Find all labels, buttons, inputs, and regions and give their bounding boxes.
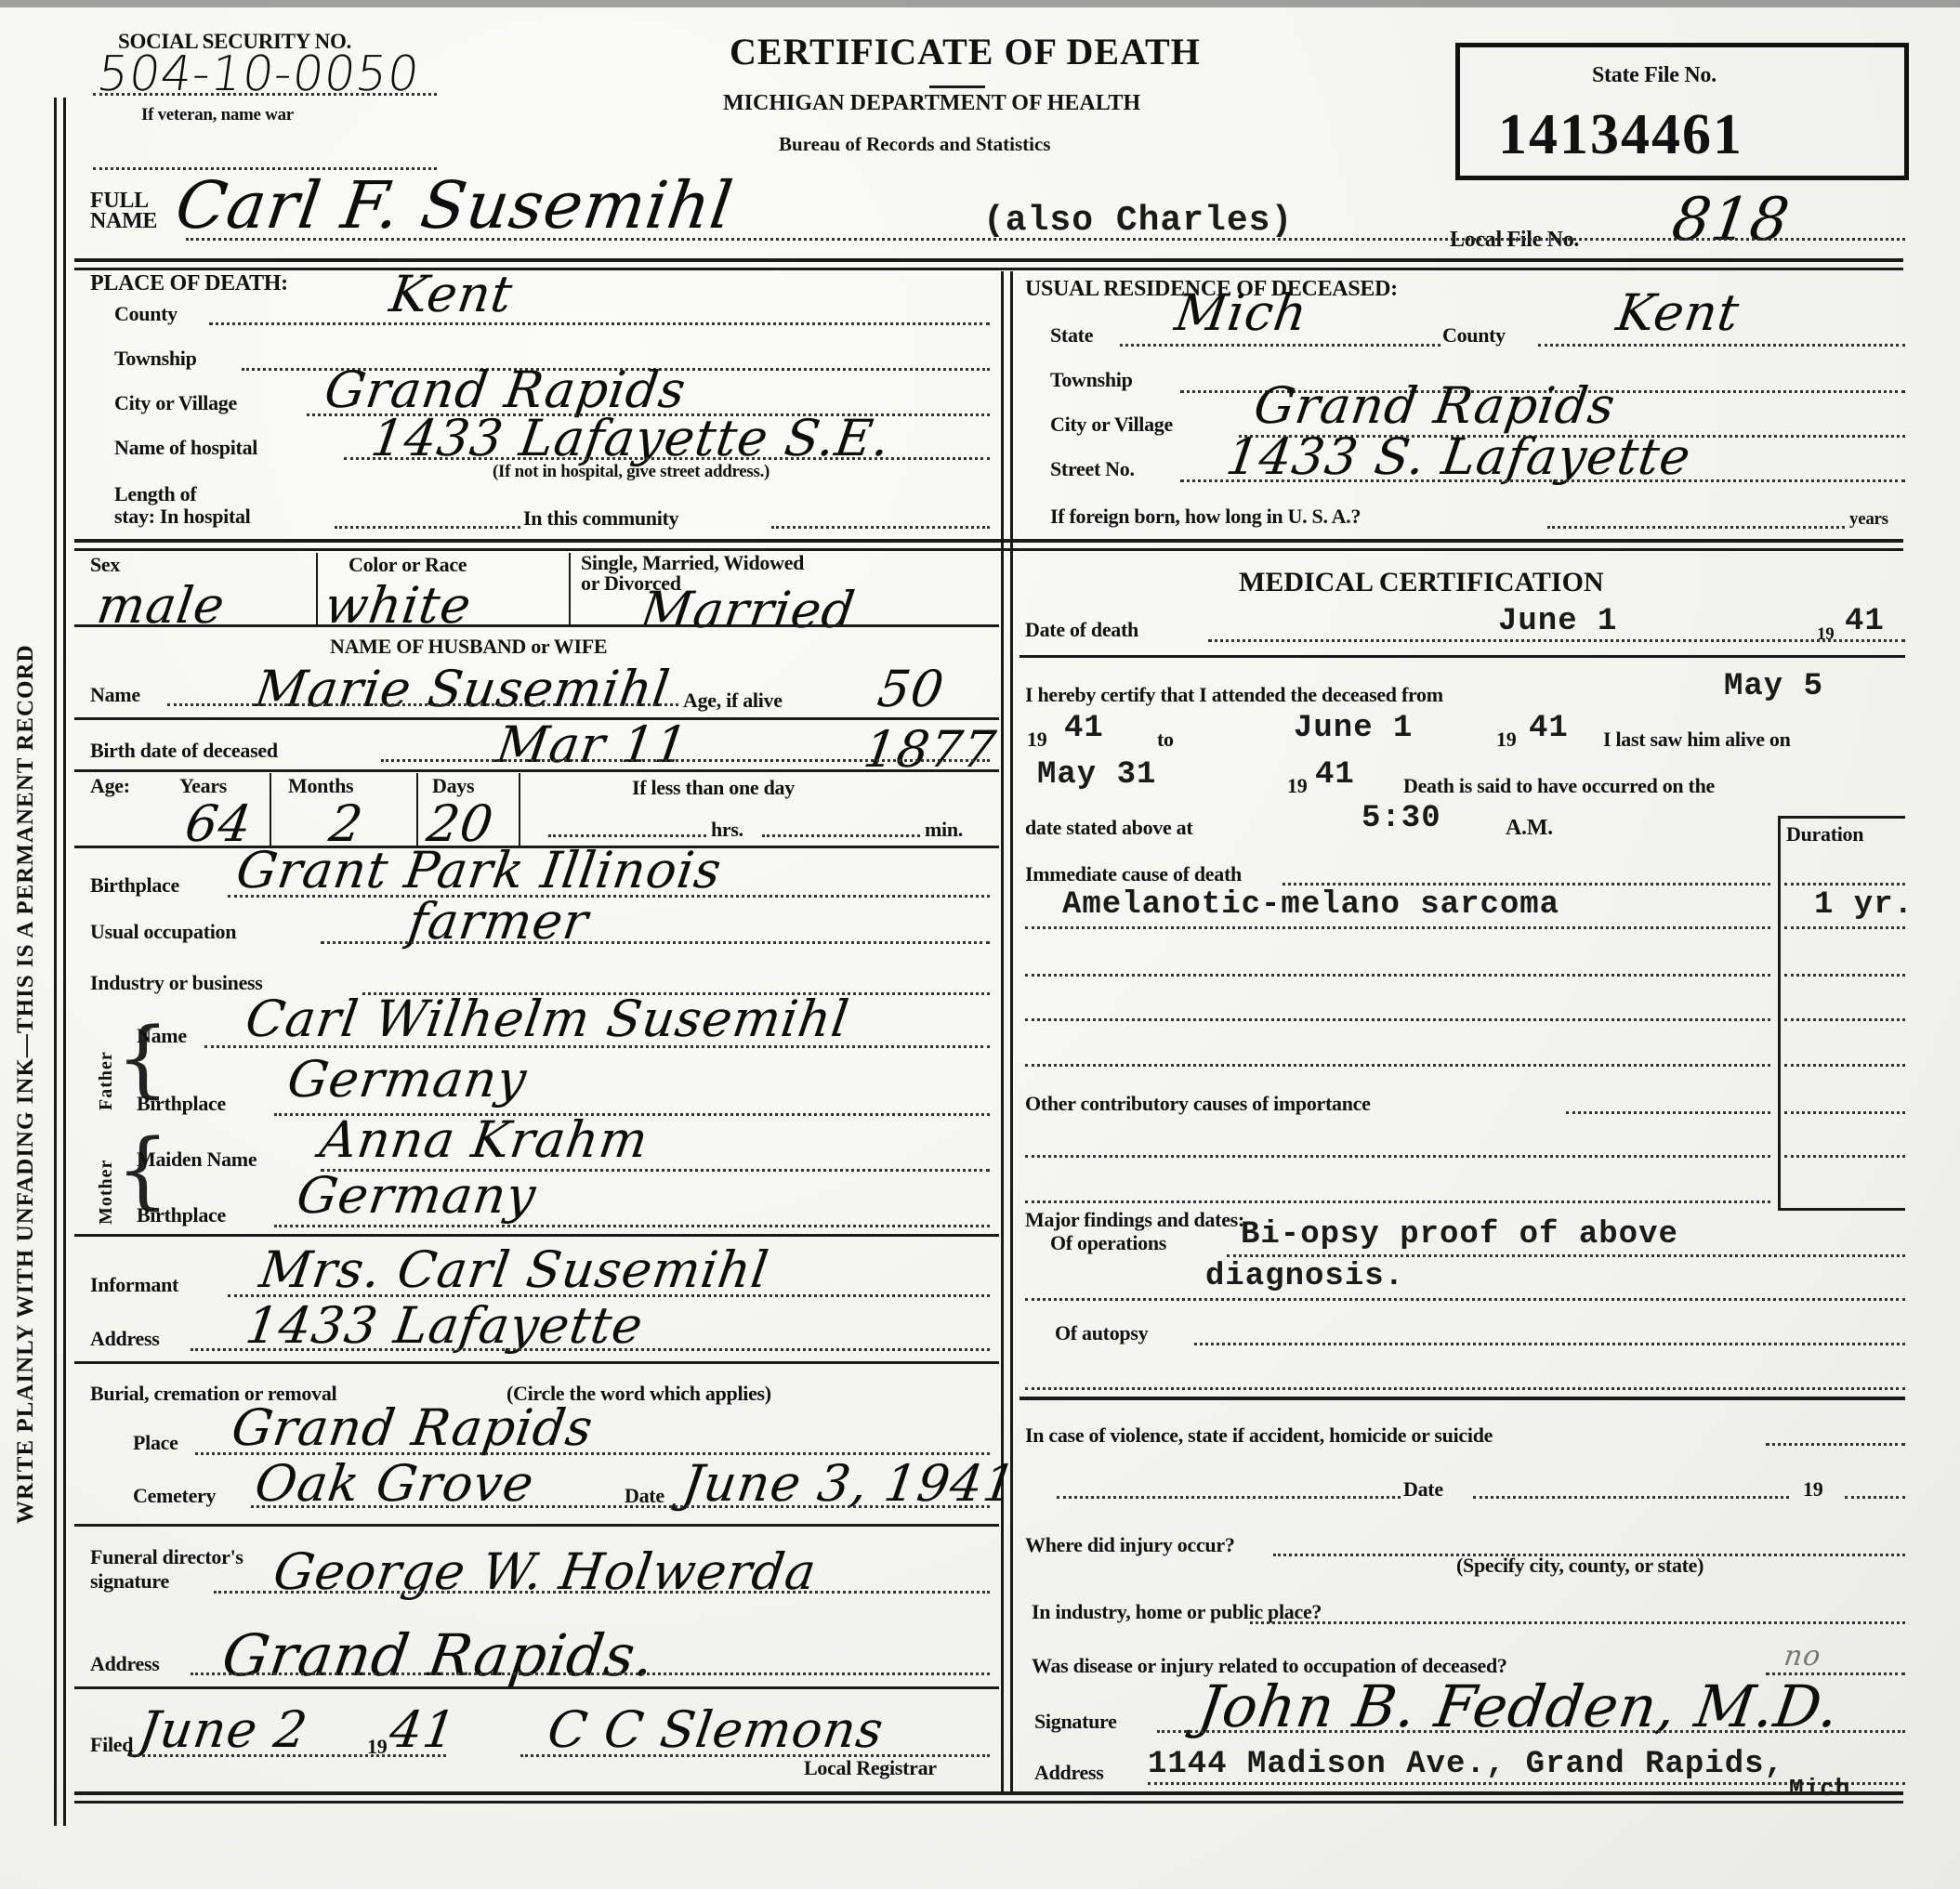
duration-line xyxy=(1784,974,1905,977)
mother-group-label: Mother xyxy=(96,1160,117,1225)
community-stay-line xyxy=(771,526,990,529)
birth-date-line xyxy=(381,759,990,762)
full-name-value: Carl F. Susemihl xyxy=(171,167,738,243)
autopsy-label: Of autopsy xyxy=(1055,1321,1148,1345)
hrs-line xyxy=(548,834,706,837)
date-stated-text: date stated above at xyxy=(1025,816,1192,840)
operations-line xyxy=(1025,1298,1905,1301)
foreign-born-label: If foreign born, how long in U. S. A.? xyxy=(1050,505,1361,529)
full-name-label-line1: FULL xyxy=(90,190,157,211)
mother-birthplace-value: Germany xyxy=(294,1166,540,1225)
death-city-label: City or Village xyxy=(114,391,237,415)
document-title: CERTIFICATE OF DEATH xyxy=(730,30,1201,73)
violence-label: In case of violence, state if accident, … xyxy=(1025,1423,1493,1448)
spouse-age-value: 50 xyxy=(875,660,949,718)
alias-value: (also Charles) xyxy=(983,201,1293,241)
physician-address-value: 1144 Madison Ave., Grand Rapids, xyxy=(1148,1747,1784,1782)
row-rule xyxy=(74,1234,999,1237)
column-divider xyxy=(1001,271,1004,1795)
full-name-label: FULL NAME xyxy=(90,190,157,231)
death-certificate: WRITE PLAINLY WITH UNFADING INK—THIS IS … xyxy=(0,0,1960,1889)
operations-value-1: Bi-opsy proof of above xyxy=(1241,1217,1678,1253)
injury-where-label: Where did injury occur? xyxy=(1025,1533,1235,1557)
duration-line xyxy=(1784,883,1905,885)
duration-line xyxy=(1784,926,1905,929)
occurred-text: Death is said to have occurred on the xyxy=(1403,774,1715,798)
cause-line xyxy=(1025,1064,1770,1067)
residence-county-label: County xyxy=(1442,323,1506,348)
operations-value-2: diagnosis. xyxy=(1205,1259,1404,1294)
duration-value: 1 yr. xyxy=(1814,887,1914,923)
attended-text: I hereby certify that I attended the dec… xyxy=(1025,683,1443,707)
filed-year-value: 41 xyxy=(387,1700,461,1759)
year-prefix-2: 19 xyxy=(1496,728,1516,752)
attended-to: June 1 xyxy=(1294,711,1413,746)
duration-bottom-rule xyxy=(1778,1208,1905,1211)
attended-from-year: 41 xyxy=(1064,711,1104,746)
cause-line xyxy=(1025,1018,1770,1021)
death-township-label: Township xyxy=(114,347,197,371)
findings-label: Major findings and dates: xyxy=(1025,1208,1244,1232)
violence-line xyxy=(1057,1496,1401,1499)
informant-value: Mrs. Carl Susemihl xyxy=(257,1240,773,1299)
cemetery-value: Oak Grove xyxy=(252,1454,538,1513)
spouse-age-label: Age, if alive xyxy=(683,689,783,713)
duration-line xyxy=(1784,1064,1905,1067)
date-of-death-label: Date of death xyxy=(1025,618,1138,642)
row-rule xyxy=(74,1524,999,1527)
res-county-line xyxy=(1538,344,1905,347)
father-name-label: Name xyxy=(137,1024,187,1048)
residence-county-value: Kent xyxy=(1613,283,1743,342)
hospital-line xyxy=(344,457,990,460)
autopsy-line xyxy=(1025,1387,1905,1390)
sex-label: Sex xyxy=(90,553,120,577)
min-label: min. xyxy=(925,818,963,842)
last-saw-text: I last saw him alive on xyxy=(1603,728,1791,752)
death-time-value: 5:30 xyxy=(1361,801,1441,836)
margin-rule xyxy=(54,98,57,1826)
father-birthplace-value: Germany xyxy=(284,1050,531,1108)
death-county-label: County xyxy=(114,302,178,326)
director-address-value: Grand Rapids. xyxy=(218,1621,660,1689)
year-prefix-1: 19 xyxy=(1027,728,1046,752)
violence-line xyxy=(1766,1443,1905,1446)
bottom-rule xyxy=(74,1801,1903,1804)
father-name-value: Carl Wilhelm Susemihl xyxy=(243,990,853,1048)
father-birthplace-label: Birthplace xyxy=(137,1092,226,1116)
row-rule xyxy=(74,1686,999,1689)
violence-date-label: Date xyxy=(1403,1477,1443,1502)
res-street-line xyxy=(1180,479,1905,482)
bureau-name: Bureau of Records and Statistics xyxy=(779,133,1050,156)
row-rule xyxy=(74,769,999,772)
cause-line xyxy=(1025,926,1770,929)
other-causes-label: Other contributory causes of importance xyxy=(1025,1092,1371,1116)
county-line xyxy=(209,322,990,325)
residence-street-value: 1433 S. Lafayette xyxy=(1223,427,1695,486)
injury-where-note: (Specify city, county, or state) xyxy=(1456,1554,1703,1578)
informant-label: Informant xyxy=(90,1273,178,1297)
field-divider xyxy=(569,553,571,627)
attended-to-year: 41 xyxy=(1529,711,1569,746)
cause-line xyxy=(1025,974,1770,977)
column-divider xyxy=(1010,271,1013,1795)
residence-city-label: City or Village xyxy=(1050,413,1173,437)
state-file-number: 14134461 xyxy=(1498,102,1743,168)
autopsy-line xyxy=(1194,1343,1905,1345)
medical-heading: MEDICAL CERTIFICATION xyxy=(1239,567,1604,598)
row-rule xyxy=(74,1361,999,1364)
cemetery-line xyxy=(251,1505,990,1508)
violence-year-line xyxy=(1845,1496,1905,1499)
birthplace-value: Grant Park Illinois xyxy=(233,841,726,899)
immediate-cause-value: Amelanotic-melano sarcoma xyxy=(1062,887,1559,923)
duration-label: Duration xyxy=(1786,822,1863,846)
director-address-line xyxy=(191,1673,990,1675)
burial-place-label: Place xyxy=(133,1431,178,1455)
marital-label-line1: Single, Married, Widowed xyxy=(581,553,804,573)
state-file-label: State File No. xyxy=(1592,63,1717,88)
mother-maiden-label: Maiden Name xyxy=(137,1148,257,1172)
birthplace-label: Birthplace xyxy=(90,873,179,898)
name-line xyxy=(186,238,1905,241)
attended-from: May 5 xyxy=(1724,669,1823,704)
duration-column-rule xyxy=(1778,818,1781,1208)
bottom-rule xyxy=(74,1791,1903,1795)
birth-date-value: Mar 11 xyxy=(493,715,692,774)
duration-top-rule xyxy=(1778,816,1905,819)
occupation-line xyxy=(321,941,990,944)
occupation-label: Usual occupation xyxy=(90,920,236,944)
birthplace-line xyxy=(228,895,990,898)
operations-label: Of operations xyxy=(1050,1231,1166,1255)
department-name: MICHIGAN DEPARTMENT OF HEALTH xyxy=(723,91,1140,116)
race-label: Color or Race xyxy=(349,553,467,577)
hospital-stay-line xyxy=(335,526,520,529)
burial-date-value: June 3, 1941 xyxy=(679,1454,1020,1513)
residence-state-value: Mich xyxy=(1172,283,1311,342)
father-group-label: Father xyxy=(96,1051,117,1110)
registrar-label: Local Registrar xyxy=(804,1756,937,1780)
mother-birthplace-line xyxy=(274,1225,990,1227)
place-of-death-heading: PLACE OF DEATH: xyxy=(90,271,288,296)
registrar-signature: C C Slemons xyxy=(545,1700,888,1759)
date-of-death-line xyxy=(1208,639,1905,642)
signature-label: Signature xyxy=(1034,1710,1117,1734)
death-county-value: Kent xyxy=(387,265,517,323)
spouse-name-value: Marie Susemihl xyxy=(252,660,675,718)
director-label: Funeral director's signature xyxy=(90,1545,243,1594)
duration-line xyxy=(1784,1155,1905,1158)
date-of-death-value: June 1 xyxy=(1498,604,1617,639)
field-divider xyxy=(270,773,271,847)
to-label: to xyxy=(1157,728,1174,752)
less-than-day-label: If less than one day xyxy=(632,776,795,800)
filed-label: Filed xyxy=(90,1733,133,1757)
violence-date-line xyxy=(1473,1496,1789,1499)
cemetery-label: Cemetery xyxy=(133,1484,216,1508)
residence-street-label: Street No. xyxy=(1050,457,1135,481)
hrs-label: hrs. xyxy=(711,818,743,842)
date-of-death-year: 41 xyxy=(1845,604,1885,639)
informant-address-line xyxy=(191,1348,990,1351)
other-cause-line xyxy=(1025,1155,1770,1158)
stay-label-line1: Length of xyxy=(114,483,251,505)
stay-label: Length of stay: In hospital xyxy=(114,483,251,528)
mother-birthplace-label: Birthplace xyxy=(137,1203,226,1227)
stay-label-line2: stay: In hospital xyxy=(114,505,251,528)
hospital-label: Name of hospital xyxy=(114,436,257,460)
operations-line xyxy=(1227,1254,1905,1257)
director-label-line1: Funeral director's xyxy=(90,1545,243,1569)
years-label: years xyxy=(1849,509,1888,530)
duration-line xyxy=(1784,1111,1905,1114)
burial-place-value: Grand Rapids xyxy=(229,1398,598,1457)
min-line xyxy=(762,834,920,837)
signature-line xyxy=(1157,1730,1905,1733)
field-divider xyxy=(316,553,318,627)
residence-township-label: Township xyxy=(1050,368,1133,392)
ssn-line xyxy=(93,93,437,96)
row-rule xyxy=(74,624,999,627)
last-seen-year: 41 xyxy=(1315,757,1355,793)
industry-label: Industry or business xyxy=(90,971,263,995)
director-line xyxy=(214,1591,990,1594)
father-name-line xyxy=(204,1045,990,1048)
community-label: In this community xyxy=(523,506,678,531)
birth-date-label: Birth date of deceased xyxy=(90,739,278,763)
other-cause-line xyxy=(1025,1200,1770,1203)
row-rule xyxy=(1019,655,1905,658)
filed-date-value: June 2 xyxy=(136,1700,312,1759)
physician-address-label: Address xyxy=(1034,1761,1104,1785)
hospital-note: (If not in hospital, give street address… xyxy=(493,462,770,482)
section-rule xyxy=(74,258,1903,262)
spouse-name-label: Name xyxy=(90,683,140,707)
marital-value: Married xyxy=(638,581,860,639)
scan-edge xyxy=(0,0,1960,7)
full-name-label-line2: NAME xyxy=(90,211,157,231)
title-divider xyxy=(929,85,985,88)
duration-line xyxy=(1784,1018,1905,1021)
mother-maiden-value: Anna Krahm xyxy=(317,1110,652,1169)
filed-line xyxy=(130,1754,446,1757)
violence-year-prefix: 19 xyxy=(1803,1477,1822,1502)
field-divider xyxy=(416,773,418,847)
margin-rule xyxy=(63,98,66,1826)
section-rule xyxy=(74,539,1903,543)
foreign-line xyxy=(1547,526,1845,529)
director-address-label: Address xyxy=(90,1652,160,1676)
death-time-suffix: A.M. xyxy=(1506,816,1553,841)
year-prefix-3: 19 xyxy=(1287,774,1307,798)
local-file-value: 818 xyxy=(1668,186,1795,255)
veteran-label: If veteran, name war xyxy=(141,105,294,125)
residence-city-value: Grand Rapids xyxy=(1251,376,1620,435)
field-divider xyxy=(519,773,520,847)
other-cause-line xyxy=(1566,1111,1770,1114)
informant-address-value: 1433 Lafayette xyxy=(243,1296,648,1355)
immediate-cause-label: Immediate cause of death xyxy=(1025,862,1242,886)
row-rule xyxy=(1019,1397,1905,1400)
last-seen-date: May 31 xyxy=(1037,757,1156,793)
industry-place-line xyxy=(1250,1621,1905,1624)
state-line xyxy=(1120,344,1440,347)
section-rule xyxy=(74,548,1903,551)
occupation-related-value: no xyxy=(1782,1640,1823,1673)
margin-instruction: WRITE PLAINLY WITH UNFADING INK—THIS IS … xyxy=(13,644,39,1524)
age-label: Age: xyxy=(90,774,130,798)
residence-state-label: State xyxy=(1050,323,1093,348)
physician-address-value-2: Mich xyxy=(1789,1775,1850,1803)
cause-line xyxy=(1283,883,1770,885)
section-rule xyxy=(74,268,1903,270)
informant-address-label: Address xyxy=(90,1327,160,1351)
spouse-heading: NAME OF HUSBAND or WIFE xyxy=(330,635,607,659)
spouse-line xyxy=(167,703,678,706)
